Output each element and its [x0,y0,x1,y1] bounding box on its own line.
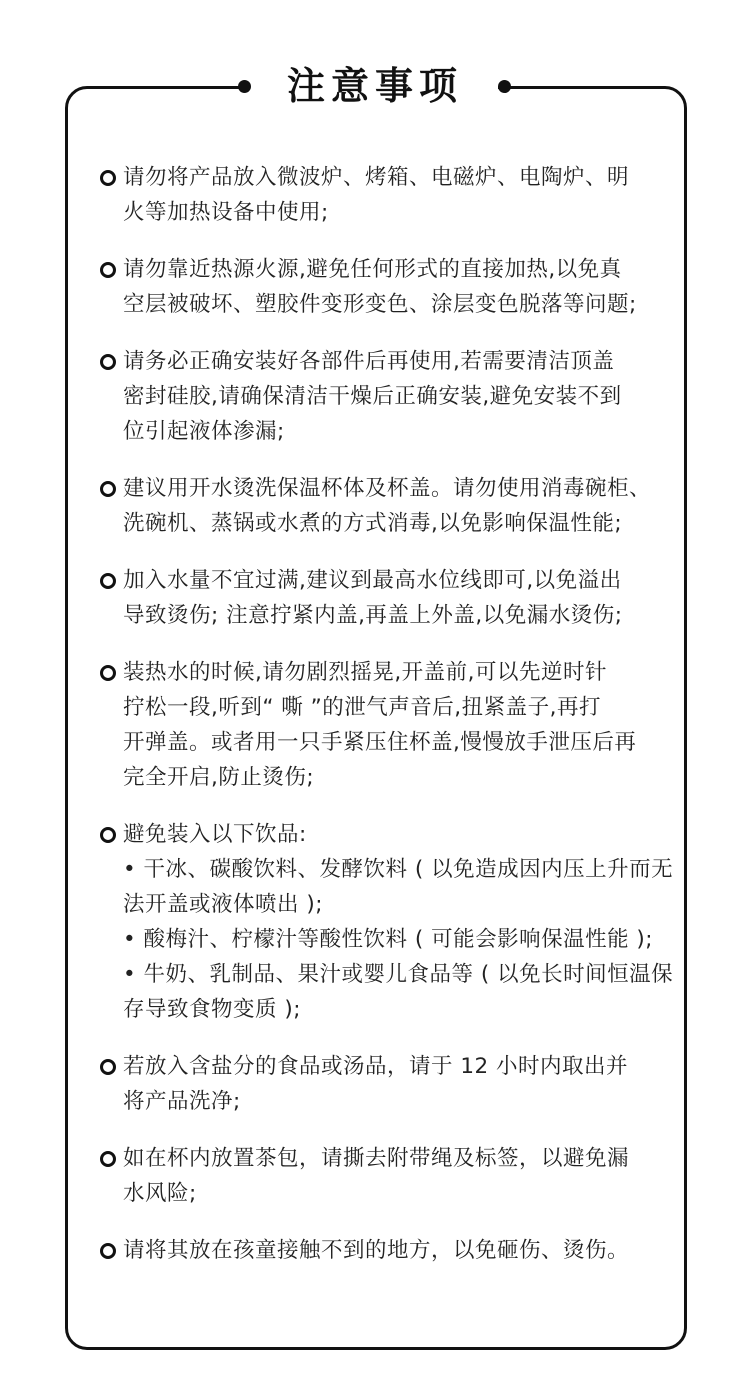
list-item: 若放入含盐分的食品或汤品，请于 12 小时内取出并 将产品洗净; [95,1049,675,1119]
item-text: 装热水的时候,请勿剧烈摇晃,开盖前,可以先逆时针 拧松一段,听到“ 嘶 ”的泄气… [123,655,675,795]
list-item: 请务必正确安装好各部件后再使用,若需要清洁顶盖 密封硅胶,请确保清洁干燥后正确安… [95,344,675,449]
title-header: 注意事项 [0,58,750,114]
ring-bullet-icon [100,262,116,278]
item-text: 如在杯内放置茶包，请撕去附带绳及标签，以避免漏 水风险; [123,1141,675,1211]
page-title: 注意事项 [0,62,750,110]
item-text: 请勿将产品放入微波炉、烤箱、电磁炉、电陶炉、明 火等加热设备中使用; [123,160,675,230]
list-item: 请将其放在孩童接触不到的地方，以免砸伤、烫伤。 [95,1233,675,1268]
item-text: 加入水量不宜过满,建议到最高水位线即可,以免溢出 导致烫伤; 注意拧紧内盖,再盖… [123,563,675,633]
ring-bullet-icon [100,1151,116,1167]
ring-bullet-icon [100,481,116,497]
list-item: 加入水量不宜过满,建议到最高水位线即可,以免溢出 导致烫伤; 注意拧紧内盖,再盖… [95,563,675,633]
notice-list: 请勿将产品放入微波炉、烤箱、电磁炉、电陶炉、明 火等加热设备中使用; 请勿靠近热… [95,160,675,1290]
list-item: 请勿靠近热源火源,避免任何形式的直接加热,以免真 空层被破坏、塑胶件变形变色、涂… [95,252,675,322]
ring-bullet-icon [100,665,116,681]
list-item: 如在杯内放置茶包，请撕去附带绳及标签，以避免漏 水风险; [95,1141,675,1211]
item-text: 建议用开水烫洗保温杯体及杯盖。请勿使用消毒碗柜、 洗碗机、蒸锅或水煮的方式消毒,… [123,471,675,541]
list-item: 请勿将产品放入微波炉、烤箱、电磁炉、电陶炉、明 火等加热设备中使用; [95,160,675,230]
ring-bullet-icon [100,354,116,370]
item-text: 若放入含盐分的食品或汤品，请于 12 小时内取出并 将产品洗净; [123,1049,675,1119]
ring-bullet-icon [100,827,116,843]
ring-bullet-icon [100,573,116,589]
item-text: 请勿靠近热源火源,避免任何形式的直接加热,以免真 空层被破坏、塑胶件变形变色、涂… [123,252,675,322]
ring-bullet-icon [100,1059,116,1075]
item-text: 请将其放在孩童接触不到的地方，以免砸伤、烫伤。 [123,1233,675,1268]
list-item: 装热水的时候,请勿剧烈摇晃,开盖前,可以先逆时针 拧松一段,听到“ 嘶 ”的泄气… [95,655,675,795]
item-text: 避免装入以下饮品: [123,817,675,852]
item-sublist: • 干冰、碳酸饮料、发酵饮料 ( 以免造成因内压上升而无 法开盖或液体喷出 );… [123,852,675,1027]
ring-bullet-icon [100,170,116,186]
title-dot-right-icon [498,80,511,93]
list-item: 避免装入以下饮品: • 干冰、碳酸饮料、发酵饮料 ( 以免造成因内压上升而无 法… [95,817,675,1027]
ring-bullet-icon [100,1243,116,1259]
item-text: 请务必正确安装好各部件后再使用,若需要清洁顶盖 密封硅胶,请确保清洁干燥后正确安… [123,344,675,449]
list-item: 建议用开水烫洗保温杯体及杯盖。请勿使用消毒碗柜、 洗碗机、蒸锅或水煮的方式消毒,… [95,471,675,541]
